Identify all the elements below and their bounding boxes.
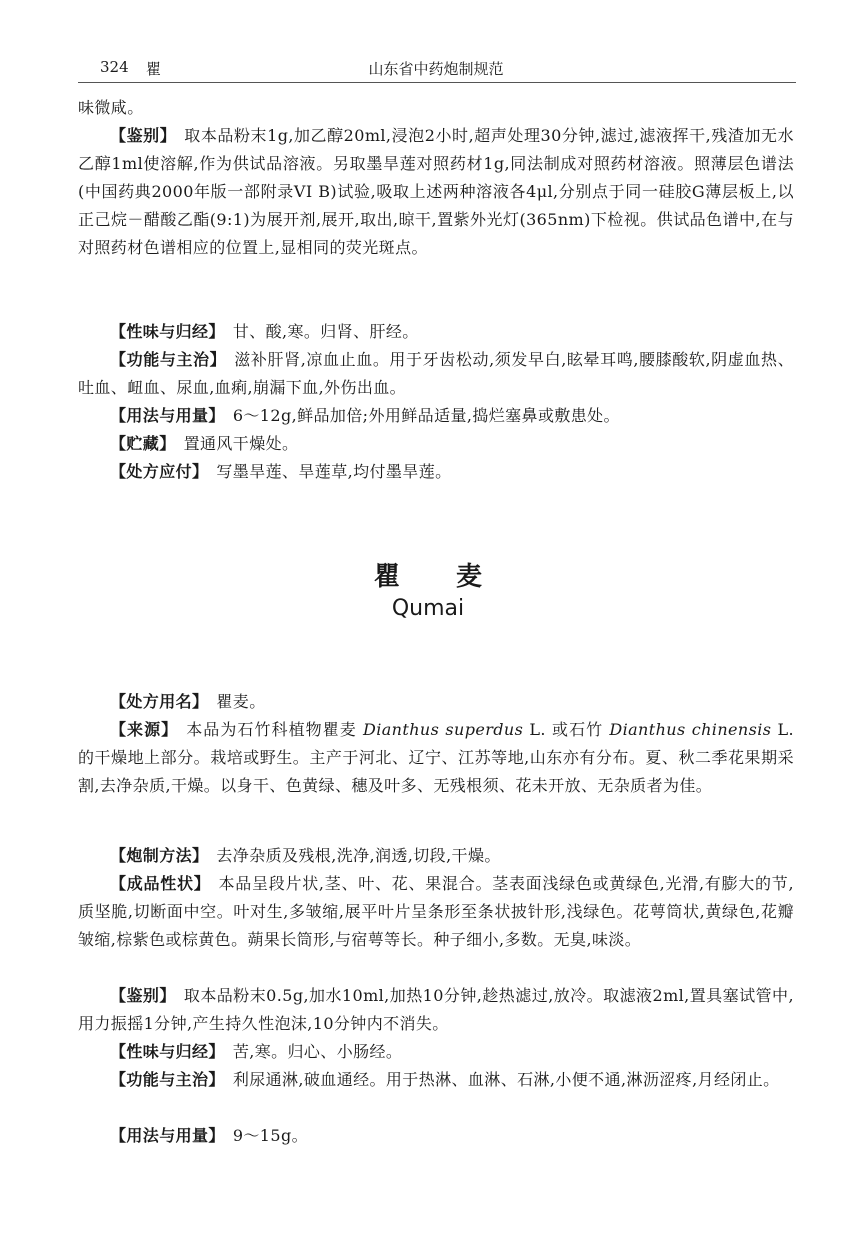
entry2-description: 【成品性状】本品呈段片状,茎、叶、花、果混合。茎表面浅绿色或黄绿色,光滑,有膨大…: [78, 870, 794, 954]
book-title: 山东省中药炮制规范: [78, 58, 794, 79]
section-label: 【处方用名】: [110, 692, 208, 711]
latin-name: Dianthus superdus: [363, 720, 523, 739]
entry1-identification: 【鉴别】取本品粉末1g,加乙醇20ml,浸泡2小时,超声处理30分钟,滤过,滤液…: [78, 122, 794, 262]
entry-pinyin: Qumai: [0, 596, 856, 621]
entry2-processing: 【炮制方法】去净杂质及残根,洗净,润透,切段,干燥。: [78, 842, 794, 870]
section-text: 取本品粉末0.5g,加水10ml,加热10分钟,趁热滤过,放冷。取滤液2ml,置…: [78, 986, 794, 1033]
section-text: 取本品粉末1g,加乙醇20ml,浸泡2小时,超声处理30分钟,滤过,滤液挥干,残…: [78, 126, 794, 257]
section-label: 【功能与主治】: [110, 350, 226, 369]
section-label: 【功能与主治】: [110, 1070, 225, 1089]
entry-title: 瞿麦: [0, 556, 856, 593]
entry1-function: 【功能与主治】滋补肝肾,凉血止血。用于牙齿松动,须发早白,眩晕耳鸣,腰膝酸软,阴…: [78, 346, 794, 402]
continuation-text: 味微咸。: [78, 94, 794, 122]
section-text: 6～12g,鲜品加倍;外用鲜品适量,捣烂塞鼻或敷患处。: [233, 406, 620, 425]
section-label: 【来源】: [110, 720, 178, 739]
section-label: 【贮藏】: [110, 434, 176, 453]
entry1-storage: 【贮藏】置通风干燥处。: [78, 430, 794, 458]
entry2-nature: 【性味与归经】苦,寒。归心、小肠经。: [78, 1038, 794, 1066]
section-label: 【鉴别】: [110, 126, 176, 145]
section-text: 利尿通淋,破血通经。用于热淋、血淋、石淋,小便不通,淋沥涩疼,月经闭止。: [233, 1070, 780, 1089]
section-label: 【性味与归经】: [110, 1042, 225, 1061]
page-header: 324 瞿 山东省中药炮制规范: [78, 50, 794, 80]
section-text: 瞿麦。: [216, 692, 265, 711]
latin-name: Dianthus chinensis: [609, 720, 771, 739]
section-label: 【用法与用量】: [110, 1126, 225, 1145]
entry1-dosage: 【用法与用量】6～12g,鲜品加倍;外用鲜品适量,捣烂塞鼻或敷患处。: [78, 402, 794, 430]
section-text: L. 或石竹: [523, 720, 609, 739]
section-label: 【炮制方法】: [110, 846, 208, 865]
entry1-prescription: 【处方应付】写墨旱莲、旱莲草,均付墨旱莲。: [78, 458, 794, 486]
entry2-function: 【功能与主治】利尿通淋,破血通经。用于热淋、血淋、石淋,小便不通,淋沥涩疼,月经…: [78, 1066, 794, 1094]
section-text: 甘、酸,寒。归肾、肝经。: [233, 322, 419, 341]
section-text: 去净杂质及残根,洗净,润透,切段,干燥。: [216, 846, 500, 865]
section-text: 本品为石竹科植物瞿麦: [186, 720, 363, 739]
section-label: 【处方应付】: [110, 462, 208, 481]
header-rule: [78, 82, 796, 83]
section-label: 【成品性状】: [110, 874, 210, 893]
section-text: 置通风干燥处。: [184, 434, 299, 453]
section-label: 【鉴别】: [110, 986, 176, 1005]
entry1-nature: 【性味与归经】甘、酸,寒。归肾、肝经。: [78, 318, 794, 346]
section-text: 写墨旱莲、旱莲草,均付墨旱莲。: [216, 462, 451, 481]
entry2-source: 【来源】本品为石竹科植物瞿麦 Dianthus superdus L. 或石竹 …: [78, 716, 794, 800]
entry2-dosage: 【用法与用量】9～15g。: [78, 1122, 794, 1150]
entry2-rx-name: 【处方用名】瞿麦。: [78, 688, 794, 716]
section-label: 【用法与用量】: [110, 406, 225, 425]
section-text: 苦,寒。归心、小肠经。: [233, 1042, 403, 1061]
section-label: 【性味与归经】: [110, 322, 225, 341]
entry2-identification: 【鉴别】取本品粉末0.5g,加水10ml,加热10分钟,趁热滤过,放冷。取滤液2…: [78, 982, 794, 1038]
section-text: 9～15g。: [233, 1126, 308, 1145]
